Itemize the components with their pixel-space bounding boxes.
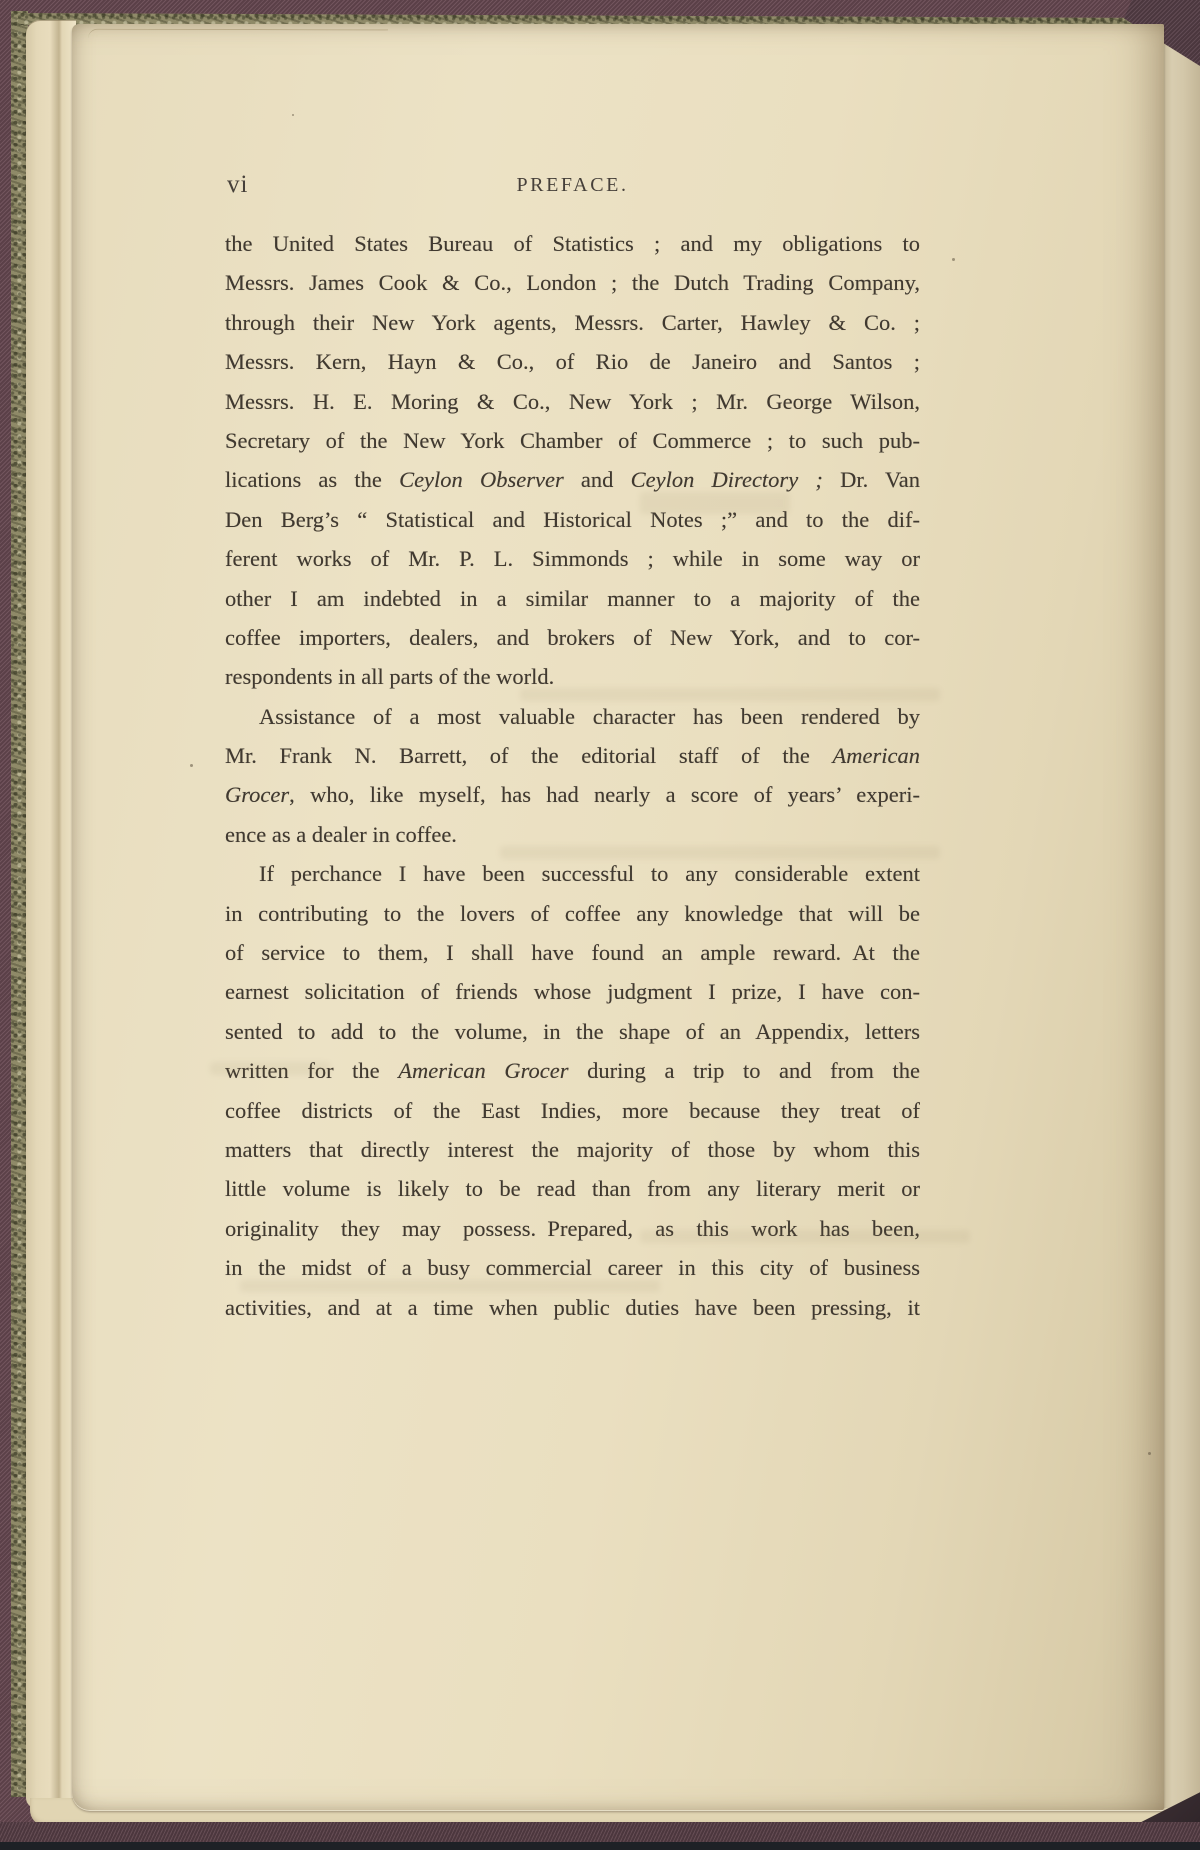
show-through-ghost bbox=[500, 846, 940, 859]
text-line: through their New York agents, Messrs. C… bbox=[225, 303, 920, 342]
text-line: in contributing to the lovers of coffee … bbox=[225, 894, 920, 933]
text-line: other I am indebted in a similar manner … bbox=[225, 579, 920, 618]
text-line: Mr. Frank N. Barrett, of the editorial s… bbox=[225, 736, 920, 775]
text-line: little volume is likely to be read than … bbox=[225, 1169, 920, 1208]
show-through-ghost bbox=[210, 1062, 330, 1075]
text-line: If perchance I have been successful to a… bbox=[225, 854, 920, 893]
text-line: Messrs. Kern, Hayn & Co., of Rio de Jane… bbox=[225, 342, 920, 381]
book-photo: vi PREFACE. the United States Bureau of … bbox=[0, 0, 1200, 1850]
paper-speck bbox=[952, 258, 955, 261]
text-line: Den Berg’s “ Statistical and Historical … bbox=[225, 500, 920, 539]
paper-speck bbox=[190, 764, 193, 767]
text-line: ferent works of Mr. P. L. Simmonds ; whi… bbox=[225, 539, 920, 578]
book-page: vi PREFACE. the United States Bureau of … bbox=[72, 24, 1164, 1810]
text-line: Assistance of a most valuable character … bbox=[225, 697, 920, 736]
text-line: Secretary of the New York Chamber of Com… bbox=[225, 421, 920, 460]
text-line: activities, and at a time when public du… bbox=[225, 1288, 920, 1327]
text-line: the United States Bureau of Statistics ;… bbox=[225, 224, 920, 263]
text-line: lications as the Ceylon Observer and Cey… bbox=[225, 460, 920, 499]
running-head: vi PREFACE. bbox=[225, 168, 920, 202]
text-line: sented to add to the volume, in the shap… bbox=[225, 1012, 920, 1051]
book-cover-bottom-edge bbox=[0, 1822, 1200, 1844]
gutter-page-curve-right bbox=[1160, 16, 1200, 1808]
show-through-ghost bbox=[520, 688, 940, 701]
show-through-ghost bbox=[640, 492, 790, 514]
body-text: the United States Bureau of Statistics ;… bbox=[225, 224, 920, 1327]
text-line: of service to them, I shall have found a… bbox=[225, 933, 920, 972]
text-line: coffee districts of the East Indies, mor… bbox=[225, 1091, 920, 1130]
text-line: Grocer, who, like myself, has had nearly… bbox=[225, 775, 920, 814]
page-stack-fore-edge-left bbox=[26, 20, 76, 1808]
text-line: Messrs. H. E. Moring & Co., New York ; M… bbox=[225, 382, 920, 421]
photo-background-bottom bbox=[0, 1842, 1200, 1850]
show-through-ghost bbox=[640, 1230, 970, 1243]
running-head-title: PREFACE. bbox=[225, 174, 920, 197]
text-line: earnest solicitation of friends whose ju… bbox=[225, 972, 920, 1011]
text-line: matters that directly interest the major… bbox=[225, 1130, 920, 1169]
paper-speck bbox=[292, 114, 294, 116]
paper-speck bbox=[1148, 1452, 1151, 1455]
text-line: coffee importers, dealers, and brokers o… bbox=[225, 618, 920, 657]
show-through-ghost bbox=[240, 1280, 660, 1292]
page-beneath-corner-edge bbox=[88, 29, 388, 43]
text-line: Messrs. James Cook & Co., London ; the D… bbox=[225, 263, 920, 302]
